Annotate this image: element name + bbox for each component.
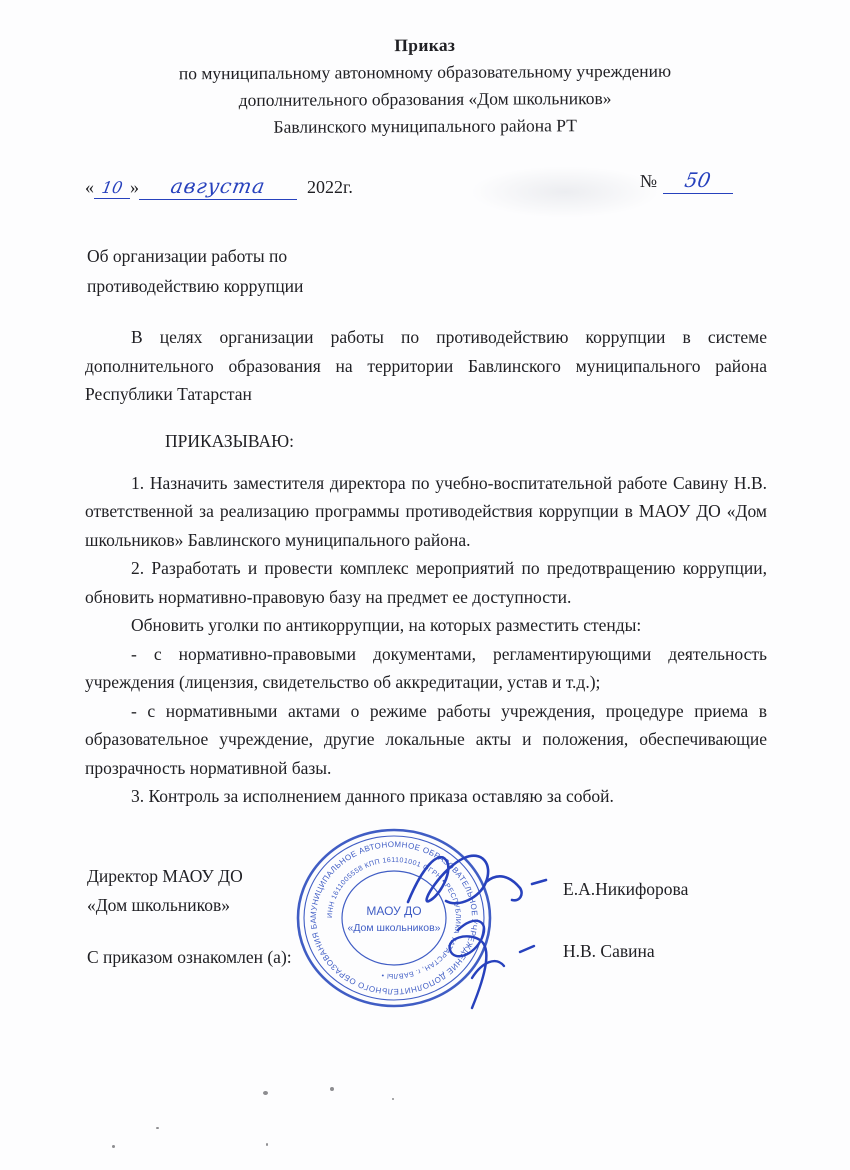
order-item: 1. Назначить заместителя директора по уч… xyxy=(85,469,767,555)
header-line-3: Бавлинского муниципального района РТ xyxy=(0,111,850,142)
month-underline: августа xyxy=(139,174,297,200)
close-quote: » xyxy=(130,177,139,197)
order-item: - с нормативно-правовыми документами, ре… xyxy=(85,640,767,697)
director-name: Е.А.Никифорова xyxy=(563,875,688,904)
order-item: Обновить уголки по антикоррупции, на кот… xyxy=(85,611,767,640)
order-keyword: ПРИКАЗЫВАЮ: xyxy=(85,427,767,455)
subject-line-2: противодействию коррупции xyxy=(87,271,303,301)
acknowledgement-signature xyxy=(402,912,552,1017)
number-underline: 50 xyxy=(663,168,733,194)
subject-block: Об организации работы по противодействию… xyxy=(87,241,303,301)
scan-speck xyxy=(266,1143,268,1146)
scan-speck xyxy=(156,1127,159,1129)
day-underline: 10 xyxy=(94,178,130,199)
day-value: 10 xyxy=(100,178,124,197)
scan-speck xyxy=(392,1098,394,1100)
document-page: Приказ по муниципальному автономному обр… xyxy=(0,0,850,1170)
scan-speck xyxy=(330,1087,334,1091)
subject-line-1: Об организации работы по xyxy=(87,241,303,271)
month-value: августа xyxy=(169,174,268,198)
scan-speck xyxy=(112,1145,115,1148)
order-item: 2. Разработать и провести комплекс мероп… xyxy=(85,554,767,611)
header-block: Приказ по муниципальному автономному обр… xyxy=(0,30,850,142)
scan-speck xyxy=(263,1091,268,1095)
acknowledgement-name: Н.В. Савина xyxy=(563,937,655,966)
body-column: В целях организации работы по противодей… xyxy=(85,323,767,811)
order-item: - с нормативными актами о режиме работы … xyxy=(85,697,767,783)
scan-smudge xyxy=(470,166,660,218)
preamble-paragraph: В целях организации работы по противодей… xyxy=(85,323,767,409)
order-item: 3. Контроль за исполнением данного прика… xyxy=(85,782,767,811)
number-value: 50 xyxy=(683,168,713,192)
year-label: 2022г. xyxy=(307,177,353,197)
open-quote: « xyxy=(85,177,94,197)
